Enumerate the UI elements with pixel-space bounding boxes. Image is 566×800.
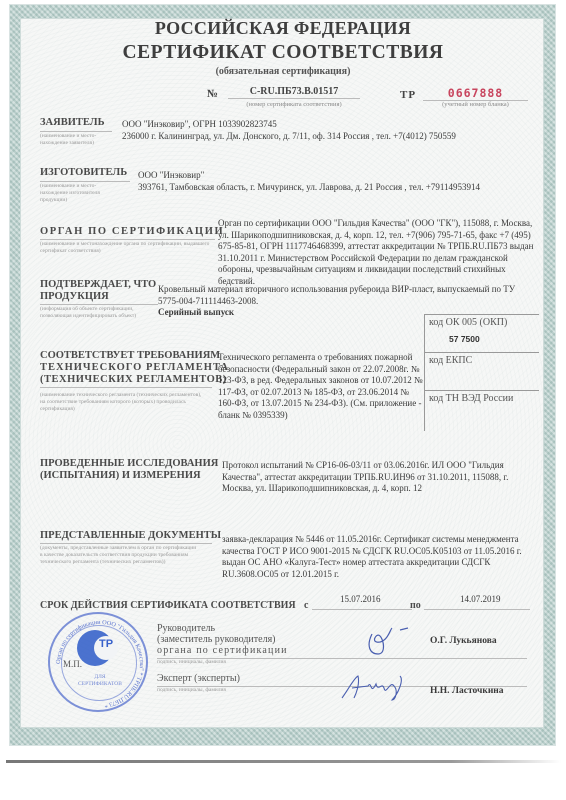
validity-from-date: 15.07.2016 (340, 594, 381, 606)
manufacturer-address: 393761, Тамбовская область, г. Мичуринск… (138, 182, 480, 194)
expert-signature-caption: подпись, инициалы, фамилия (157, 687, 226, 694)
ekps-code-box: код ЕКПС (424, 352, 539, 391)
manufacturer-caption: (наименование и место-нахождение изготов… (40, 183, 118, 204)
cert-body-caption: (наименование и местонахождение органа п… (40, 241, 215, 255)
page-bottom-rule (6, 760, 561, 763)
product-description: Кровельный материал вторичного использов… (158, 284, 538, 307)
compliance-caption: (наименование технического регламента (т… (40, 392, 205, 413)
document-subtitle: (обязательная сертификация) (0, 66, 566, 77)
okp-code-label: код ОК 005 (ОКП) (429, 317, 539, 328)
product-serial: Серийный выпуск (158, 307, 234, 319)
applicant-heading: ЗАЯВИТЕЛЬ (40, 117, 105, 129)
expert-role: Эксперт (эксперты) (157, 673, 240, 684)
manufacturer-heading: ИЗГОТОВИТЕЛЬ (40, 167, 127, 179)
tests-heading-line2: (ИСПЫТАНИЯ) И ИЗМЕРЕНИЯ (40, 470, 201, 482)
country-title: РОССИЙСКАЯ ФЕДЕРАЦИЯ (0, 18, 566, 39)
organization-stamp: Орган по сертификации ООО "Гильдия Качес… (48, 612, 148, 712)
compliance-heading-line1: СООТВЕТСТВУЕТ ТРЕБОВАНИЯМ (40, 350, 220, 362)
form-number: 0667888 (423, 86, 528, 101)
certificate-number-caption: (номер сертификата соответствия) (228, 101, 360, 108)
ekps-code-label: код ЕКПС (429, 355, 539, 366)
documents-heading: ПРЕДСТАВЛЕННЫЕ ДОКУМЕНТЫ (40, 530, 221, 542)
product-heading-line1: ПОДТВЕРЖДАЕТ, ЧТО (40, 279, 156, 291)
validity-to-label: по (410, 600, 421, 612)
documents-caption: (документы, представленные заявителем в … (40, 545, 200, 566)
stamp-mp-label: М.П. (63, 659, 82, 669)
number-symbol: № (207, 88, 218, 100)
expert-signature-icon (338, 670, 418, 704)
manufacturer-name: ООО "Инэковир" (138, 170, 204, 182)
head-signature-icon (360, 620, 420, 660)
applicant-caption: (наименование и место-нахождение заявите… (40, 133, 112, 147)
head-role-line2: (заместитель руководителя) (157, 634, 276, 645)
tp-label: ТР (400, 89, 416, 101)
cert-body-text: Орган по сертификации ООО "Гильдия Качес… (218, 218, 536, 287)
divider (40, 543, 212, 544)
head-role-line1: Руководитель (157, 623, 215, 634)
validity-label: СРОК ДЕЙСТВИЯ СЕРТИФИКАТА СООТВЕТСТВИЯ (40, 600, 296, 612)
validity-to-date: 14.07.2019 (460, 594, 501, 606)
applicant-address: 236000 г. Калининград, ул. Дм. Донского,… (122, 131, 456, 143)
divider (40, 304, 158, 305)
head-name: О.Г. Лукьянова (430, 636, 497, 646)
okp-code-value: 57 7500 (449, 334, 539, 344)
compliance-heading-line2: ТЕХНИЧЕСКОГО РЕГЛАМЕНТА (40, 362, 229, 374)
certificate-number: C-RU.ПБ73.В.01517 (228, 86, 360, 99)
divider (424, 609, 530, 610)
applicant-name: ООО "Инэковир", ОГРН 1033902823745 (122, 119, 277, 131)
validity-from-label: с (304, 600, 308, 612)
form-number-caption: (учетный номер бланка) (423, 101, 528, 108)
divider (312, 609, 412, 610)
tests-text: Протокол испытаний № СР16-06-03/11 от 03… (222, 460, 522, 495)
tests-heading-line1: ПРОВЕДЕННЫЕ ИССЛЕДОВАНИЯ (40, 458, 218, 470)
tnved-code-box: код ТН ВЭД России (424, 390, 539, 431)
tnved-code-label: код ТН ВЭД России (429, 393, 539, 404)
certification-logo-icon: ТР (77, 630, 113, 666)
documents-text: заявка-декларация № 5446 от 11.05.2016г.… (222, 534, 532, 580)
product-caption: (информация об объекте сертификации, поз… (40, 306, 158, 320)
divider (40, 239, 215, 240)
okp-code-box: код ОК 005 (ОКП) 57 7500 (424, 314, 539, 355)
product-heading-line2: ПРОДУКЦИЯ (40, 291, 109, 303)
stamp-inner-text: ДЛЯ СЕРТИФИКАТОВ (72, 674, 128, 687)
head-role-line3: органа по сертификации (157, 645, 288, 656)
expert-name: Н.Н. Ласточкина (430, 686, 504, 696)
cert-body-heading: ОРГАН ПО СЕРТИФИКАЦИИ (40, 226, 224, 238)
divider (40, 181, 130, 182)
divider (40, 131, 112, 132)
divider (40, 387, 212, 388)
compliance-text: Технического регламента о требованиях по… (218, 352, 423, 421)
head-signature-caption: подпись, инициалы, фамилия (157, 659, 226, 666)
document-title: СЕРТИФИКАТ СООТВЕТСТВИЯ (0, 42, 566, 64)
compliance-heading-line3: (ТЕХНИЧЕСКИХ РЕГЛАМЕНТОВ) (40, 374, 227, 386)
